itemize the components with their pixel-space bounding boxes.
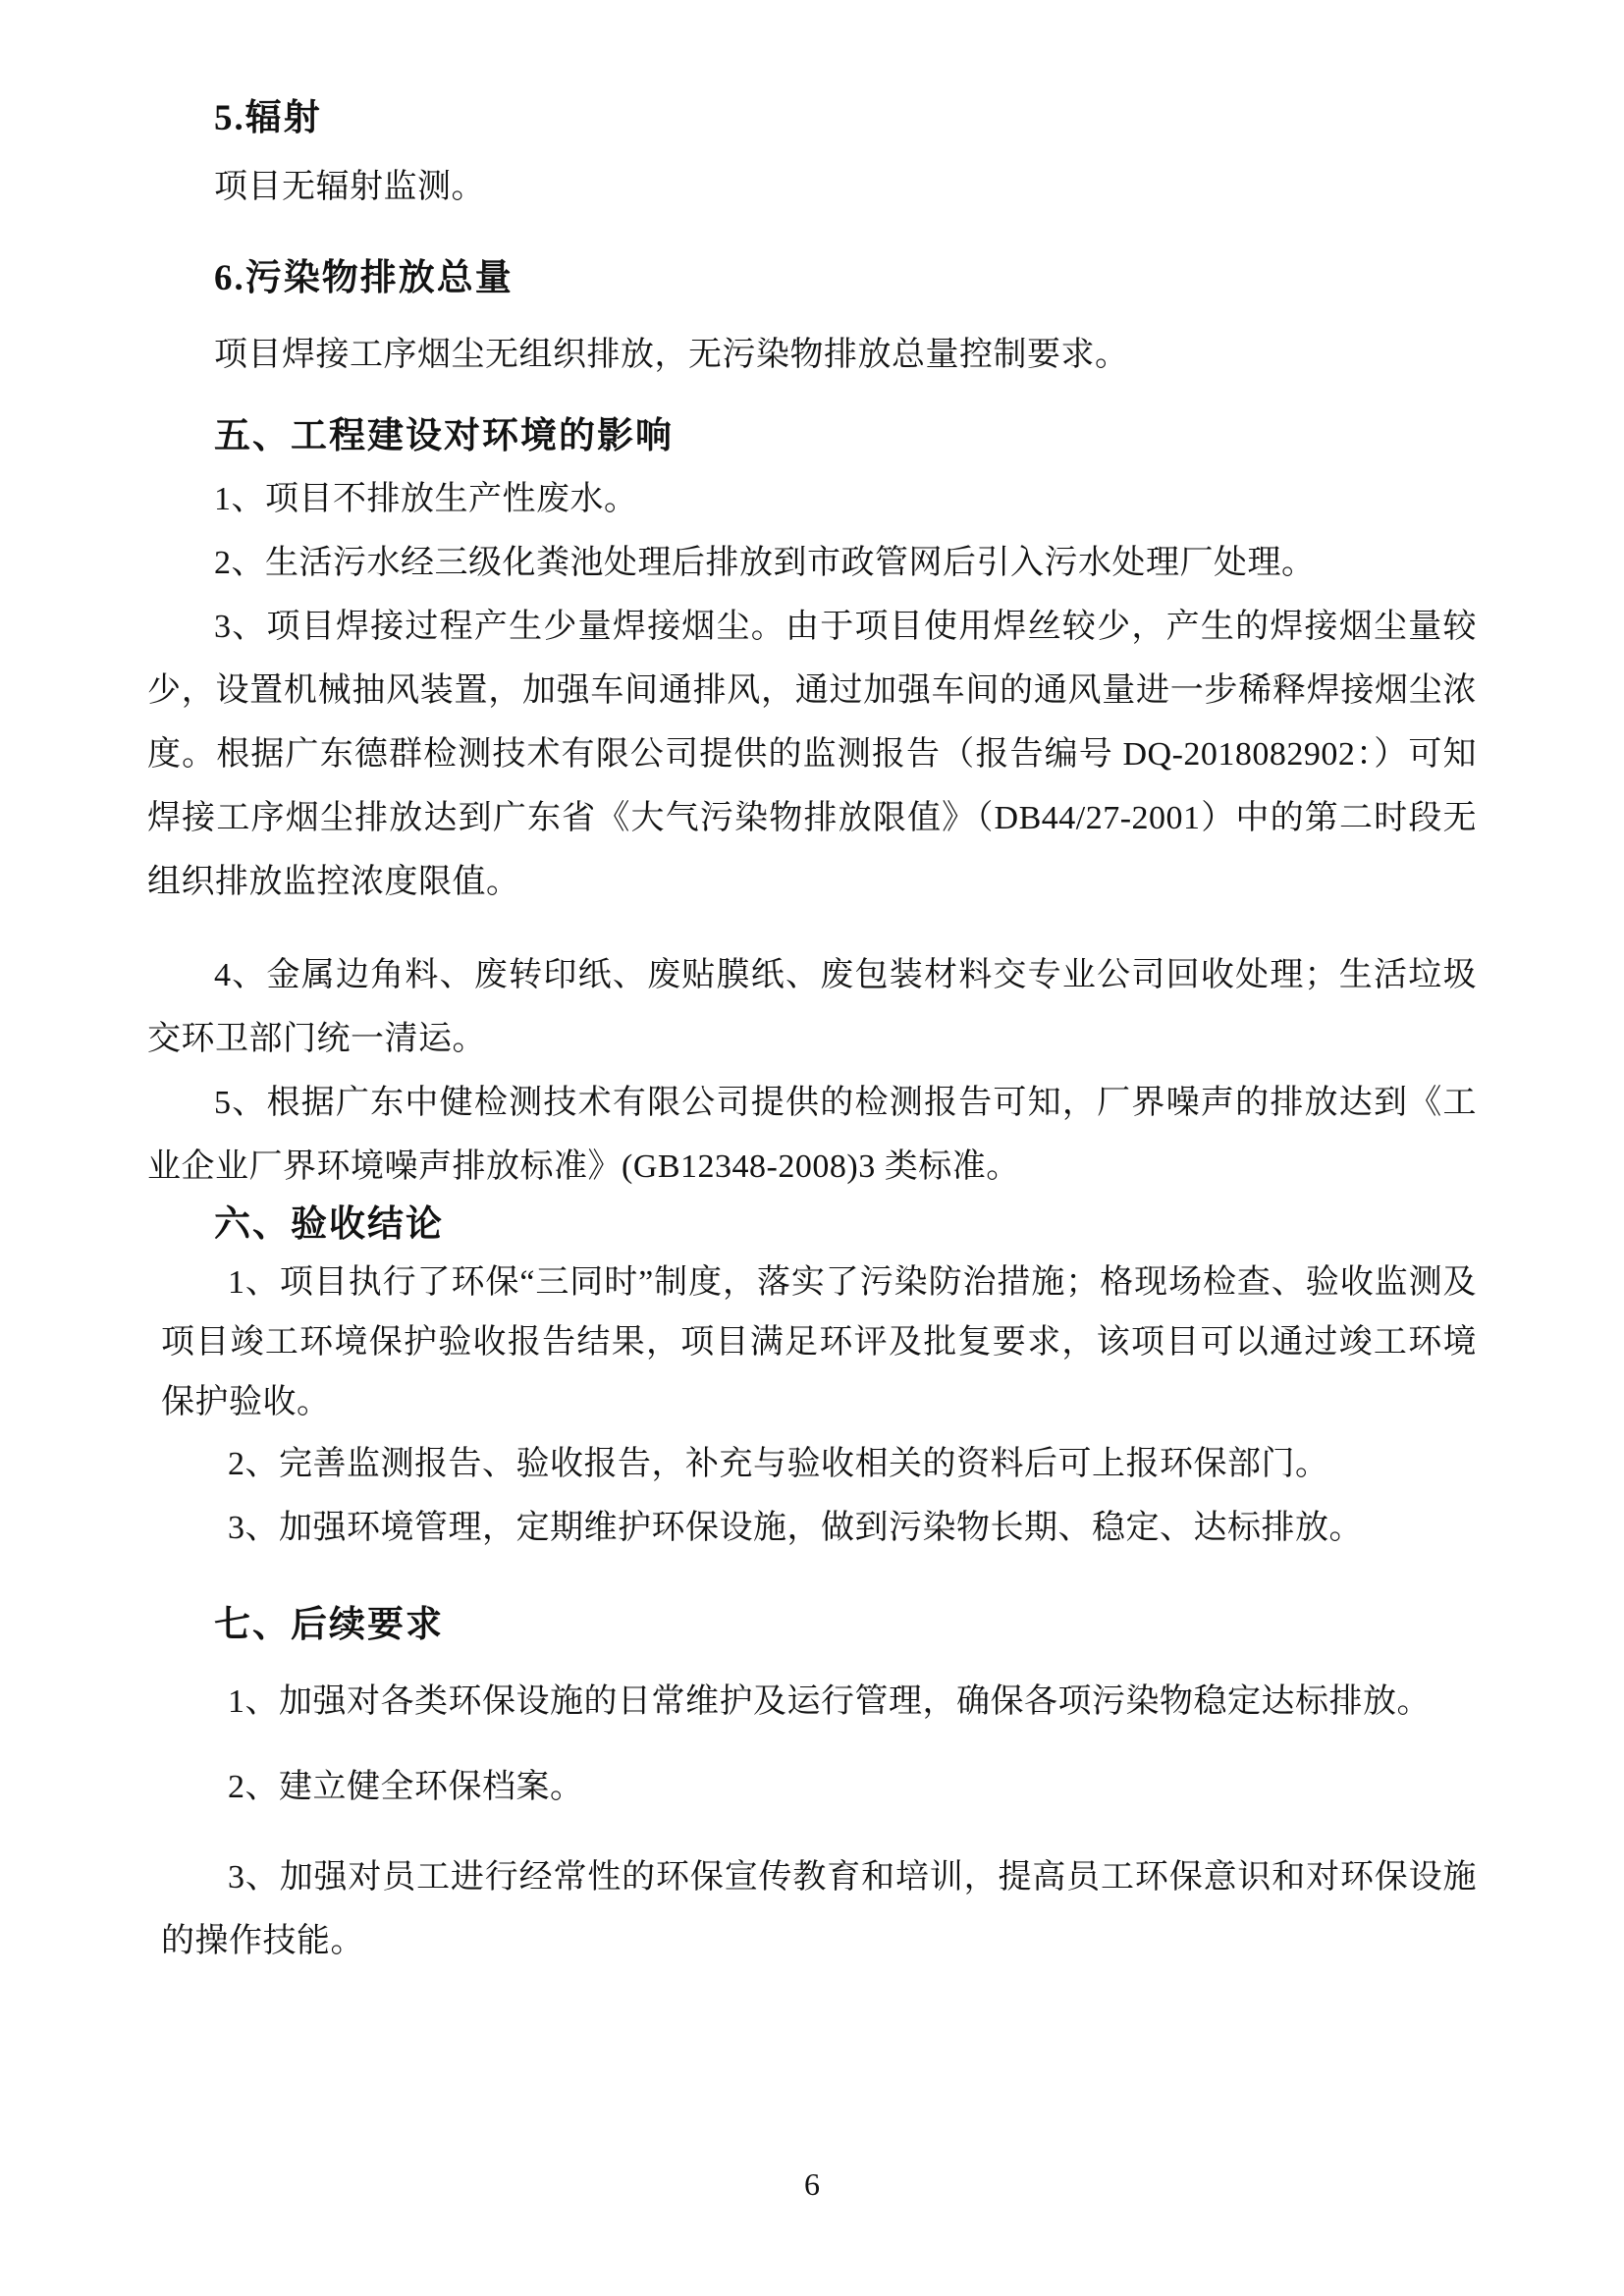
heading-radiation: 5.辐射 <box>147 94 1477 143</box>
paragraph-total-emission: 项目焊接工序烟尘无组织排放，无污染物排放总量控制要求。 <box>147 323 1477 387</box>
followup-item-3: 3、加强对员工进行经常性的环保宣传教育和培训，提高员工环保意识和对环保设施的操作… <box>161 1845 1477 1973</box>
heading-section-conclusion: 六、验收结论 <box>147 1201 1477 1250</box>
document-page: 5.辐射 项目无辐射监测。 6.污染物排放总量 项目焊接工序烟尘无组织排放，无污… <box>0 0 1624 2296</box>
page-number: 6 <box>804 2166 820 2202</box>
heading-section-followup: 七、后续要求 <box>147 1601 1477 1650</box>
page-content: 5.辐射 项目无辐射监测。 6.污染物排放总量 项目焊接工序烟尘无组织排放，无污… <box>147 0 1477 1973</box>
followup-item-2: 2、建立健全环保档案。 <box>161 1755 1477 1819</box>
impact-item-4: 4、金属边角料、废转印纸、废贴膜纸、废包装材料交专业公司回收处理；生活垃圾交环卫… <box>147 943 1477 1071</box>
impact-item-2: 2、生活污水经三级化粪池处理后排放到市政管网后引入污水处理厂处理。 <box>147 531 1477 595</box>
impact-item-5: 5、根据广东中健检测技术有限公司提供的检测报告可知，厂界噪声的排放达到《工业企业… <box>147 1071 1477 1199</box>
conclusion-item-3: 3、加强环境管理，定期维护环保设施，做到污染物长期、稳定、达标排放。 <box>161 1496 1477 1560</box>
impact-item-1: 1、项目不排放生产性废水。 <box>147 467 1477 531</box>
followup-item-1: 1、加强对各类环保设施的日常维护及运行管理，确保各项污染物稳定达标排放。 <box>161 1670 1477 1734</box>
page-footer: 6 <box>0 2164 1624 2204</box>
conclusion-item-2: 2、完善监测报告、验收报告，补充与验收相关的资料后可上报环保部门。 <box>161 1432 1477 1496</box>
paragraph-radiation: 项目无辐射监测。 <box>147 155 1477 219</box>
heading-total-emission: 6.污染物排放总量 <box>147 254 1477 303</box>
heading-section-impact: 五、工程建设对环境的影响 <box>147 412 1477 461</box>
conclusion-item-1: 1、项目执行了环保“三同时”制度，落实了污染防治措施；格现场检查、验收监测及项目… <box>161 1253 1477 1432</box>
impact-item-3: 3、项目焊接过程产生少量焊接烟尘。由于项目使用焊丝较少，产生的焊接烟尘量较少，设… <box>147 595 1477 914</box>
